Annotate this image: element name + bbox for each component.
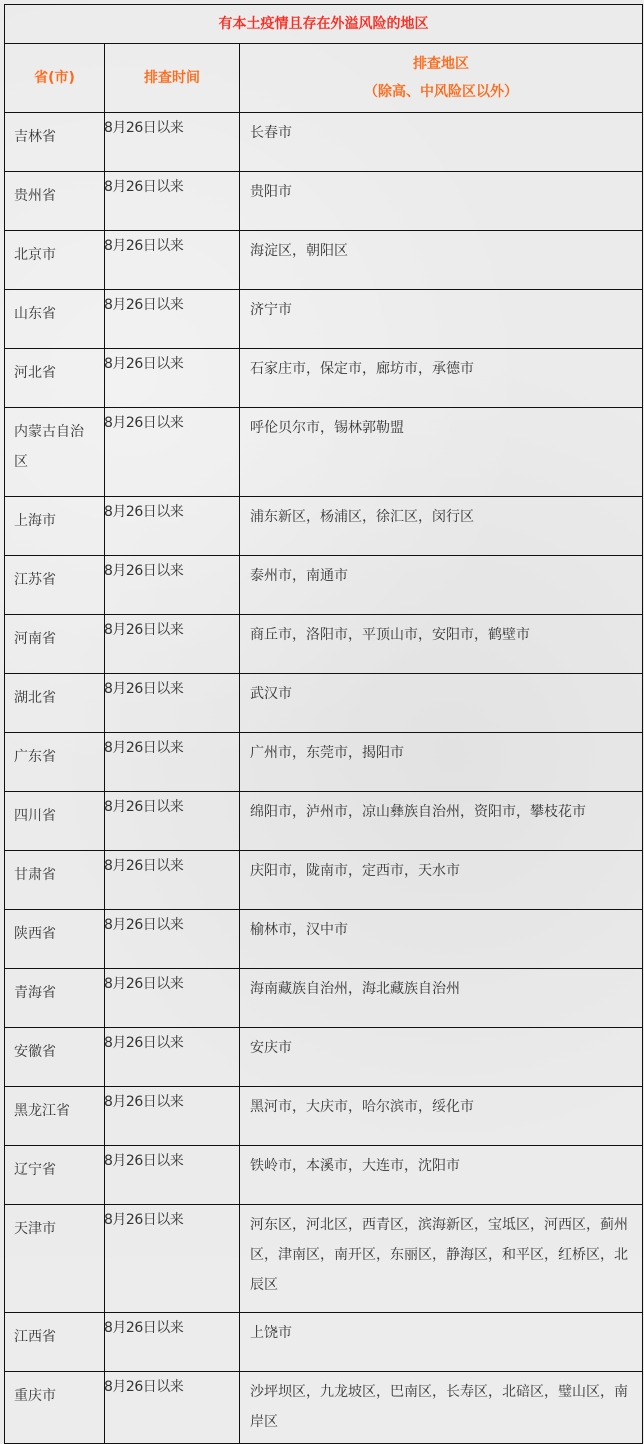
area-cell: 浦东新区，杨浦区，徐汇区，闵行区	[240, 497, 643, 556]
table-row: 黑龙江省 8月26日以来 黑河市，大庆市，哈尔滨市，绥化市	[5, 1087, 643, 1146]
area-cell: 海南藏族自治州，海北藏族自治州	[240, 969, 643, 1028]
province-name: 陕西省	[14, 919, 104, 949]
time-cell: 8月26日以来	[105, 349, 240, 408]
table-title: 有本土疫情且存在外溢风险的地区	[5, 5, 643, 44]
province-name: 北京市	[14, 240, 104, 270]
table-row: 陕西省 8月26日以来 榆林市，汉中市	[5, 910, 643, 969]
province-cell: 陕西省	[5, 910, 105, 969]
province-name: 贵州省	[14, 181, 104, 211]
header-area-title: 排查地区	[240, 50, 642, 78]
time-cell: 8月26日以来	[105, 1087, 240, 1146]
table-row: 湖北省 8月26日以来 武汉市	[5, 674, 643, 733]
table-row: 青海省 8月26日以来 海南藏族自治州，海北藏族自治州	[5, 969, 643, 1028]
province-cell: 青海省	[5, 969, 105, 1028]
time-cell: 8月26日以来	[105, 556, 240, 615]
table-row: 河北省 8月26日以来 石家庄市，保定市，廊坊市，承德市	[5, 349, 643, 408]
area-cell: 庆阳市，陇南市，定西市，天水市	[240, 851, 643, 910]
province-cell: 甘肃省	[5, 851, 105, 910]
province-name: 上海市	[14, 506, 104, 536]
time-cell: 8月26日以来	[105, 1146, 240, 1205]
province-cell: 上海市	[5, 497, 105, 556]
time-text: 8月26日以来	[104, 172, 239, 202]
table-row: 安徽省 8月26日以来 安庆市	[5, 1028, 643, 1087]
area-cell: 广州市，东莞市，揭阳市	[240, 733, 643, 792]
header-area-note: （除高、中风险区以外）	[240, 78, 642, 106]
header-area: 排查地区 （除高、中风险区以外）	[240, 44, 643, 113]
time-text: 8月26日以来	[104, 1028, 239, 1058]
table-row: 上海市 8月26日以来 浦东新区，杨浦区，徐汇区，闵行区	[5, 497, 643, 556]
table-row: 江苏省 8月26日以来 泰州市，南通市	[5, 556, 643, 615]
header-time: 排查时间	[105, 44, 240, 113]
page: 有本土疫情且存在外溢风险的地区 省(市) 排查时间 排查地区 （除高、中风险区以…	[0, 0, 644, 1257]
area-cell: 呼伦贝尔市，锡林郭勒盟	[240, 408, 643, 497]
province-name: 山东省	[14, 299, 104, 329]
province-cell: 广东省	[5, 733, 105, 792]
risk-region-table: 有本土疫情且存在外溢风险的地区 省(市) 排查时间 排查地区 （除高、中风险区以…	[4, 4, 643, 1257]
province-name: 江苏省	[14, 565, 104, 595]
province-name: 辽宁省	[14, 1155, 104, 1185]
time-cell: 8月26日以来	[105, 851, 240, 910]
table-row: 贵州省 8月26日以来 贵阳市	[5, 172, 643, 231]
province-name: 安徽省	[14, 1037, 104, 1067]
time-text: 8月26日以来	[104, 792, 239, 822]
province-name: 吉林省	[14, 122, 104, 152]
time-cell: 8月26日以来	[105, 792, 240, 851]
province-cell: 吉林省	[5, 113, 105, 172]
province-cell: 安徽省	[5, 1028, 105, 1087]
province-cell: 黑龙江省	[5, 1087, 105, 1146]
province-name: 青海省	[14, 978, 104, 1008]
time-cell: 8月26日以来	[105, 674, 240, 733]
time-text: 8月26日以来	[104, 674, 239, 704]
area-cell: 泰州市，南通市	[240, 556, 643, 615]
time-text: 8月26日以来	[104, 1146, 239, 1176]
province-name: 四川省	[14, 801, 104, 831]
area-cell: 绵阳市，泸州市，凉山彝族自治州，资阳市，攀枝花市	[240, 792, 643, 851]
province-cell: 湖北省	[5, 674, 105, 733]
province-cell: 河南省	[5, 615, 105, 674]
province-cell: 天津市	[5, 1205, 105, 1258]
time-text: 8月26日以来	[104, 1087, 239, 1117]
area-cell: 榆林市，汉中市	[240, 910, 643, 969]
time-text: 8月26日以来	[104, 113, 239, 143]
area-cell: 海淀区，朝阳区	[240, 231, 643, 290]
time-text: 8月26日以来	[104, 851, 239, 881]
time-cell: 8月26日以来	[105, 733, 240, 792]
time-cell: 8月26日以来	[105, 231, 240, 290]
table-row: 山东省 8月26日以来 济宁市	[5, 290, 643, 349]
province-name: 广东省	[14, 742, 104, 772]
province-name: 黑龙江省	[14, 1096, 104, 1126]
province-cell: 江苏省	[5, 556, 105, 615]
area-cell: 安庆市	[240, 1028, 643, 1087]
time-text: 8月26日以来	[104, 910, 239, 940]
time-cell: 8月26日以来	[105, 408, 240, 497]
province-cell: 河北省	[5, 349, 105, 408]
time-cell: 8月26日以来	[105, 113, 240, 172]
time-text: 8月26日以来	[104, 408, 239, 438]
table-row: 内蒙古自治区 8月26日以来 呼伦贝尔市，锡林郭勒盟	[5, 408, 643, 497]
time-cell: 8月26日以来	[105, 1028, 240, 1087]
table-row: 甘肃省 8月26日以来 庆阳市，陇南市，定西市，天水市	[5, 851, 643, 910]
time-text: 8月26日以来	[104, 556, 239, 586]
province-cell: 北京市	[5, 231, 105, 290]
time-text: 8月26日以来	[104, 290, 239, 320]
province-name: 河北省	[14, 358, 104, 388]
table-row: 辽宁省 8月26日以来 铁岭市，本溪市，大连市，沈阳市	[5, 1146, 643, 1205]
area-cell: 铁岭市，本溪市，大连市，沈阳市	[240, 1146, 643, 1205]
header-province: 省(市)	[5, 44, 105, 113]
province-cell: 辽宁省	[5, 1146, 105, 1205]
table-row: 广东省 8月26日以来 广州市，东莞市，揭阳市	[5, 733, 643, 792]
table-row: 天津市 8月26日以来 河东区，河北区，西青区，滨海新区，宝坻区，河西区，蓟州区…	[5, 1205, 643, 1258]
province-cell: 山东省	[5, 290, 105, 349]
time-cell: 8月26日以来	[105, 1205, 240, 1258]
table-row: 北京市 8月26日以来 海淀区，朝阳区	[5, 231, 643, 290]
province-name: 湖北省	[14, 683, 104, 713]
time-cell: 8月26日以来	[105, 615, 240, 674]
province-cell: 贵州省	[5, 172, 105, 231]
province-name: 内蒙古自治区	[14, 417, 86, 477]
area-cell: 黑河市，大庆市，哈尔滨市，绥化市	[240, 1087, 643, 1146]
province-cell: 内蒙古自治区	[5, 408, 105, 497]
time-cell: 8月26日以来	[105, 910, 240, 969]
area-cell: 长春市	[240, 113, 643, 172]
table-row: 吉林省 8月26日以来 长春市	[5, 113, 643, 172]
time-text: 8月26日以来	[104, 615, 239, 645]
province-name: 河南省	[14, 624, 104, 654]
area-cell: 贵阳市	[240, 172, 643, 231]
time-cell: 8月26日以来	[105, 172, 240, 231]
time-text: 8月26日以来	[104, 231, 239, 261]
area-cell: 商丘市，洛阳市，平顶山市，安阳市，鹤壁市	[240, 615, 643, 674]
area-cell: 河东区，河北区，西青区，滨海新区，宝坻区，河西区，蓟州区，津南区，南开区，东丽区…	[240, 1205, 643, 1258]
table-row: 四川省 8月26日以来 绵阳市，泸州市，凉山彝族自治州，资阳市，攀枝花市	[5, 792, 643, 851]
table-row: 河南省 8月26日以来 商丘市，洛阳市，平顶山市，安阳市，鹤壁市	[5, 615, 643, 674]
time-text: 8月26日以来	[104, 1205, 239, 1235]
province-name: 天津市	[14, 1214, 104, 1244]
area-cell: 石家庄市，保定市，廊坊市，承德市	[240, 349, 643, 408]
area-cell: 武汉市	[240, 674, 643, 733]
province-name: 甘肃省	[14, 860, 104, 890]
time-cell: 8月26日以来	[105, 290, 240, 349]
time-text: 8月26日以来	[104, 733, 239, 763]
time-cell: 8月26日以来	[105, 969, 240, 1028]
area-cell: 济宁市	[240, 290, 643, 349]
province-cell: 四川省	[5, 792, 105, 851]
time-text: 8月26日以来	[104, 349, 239, 379]
time-text: 8月26日以来	[104, 497, 239, 527]
time-cell: 8月26日以来	[105, 497, 240, 556]
time-text: 8月26日以来	[104, 969, 239, 999]
